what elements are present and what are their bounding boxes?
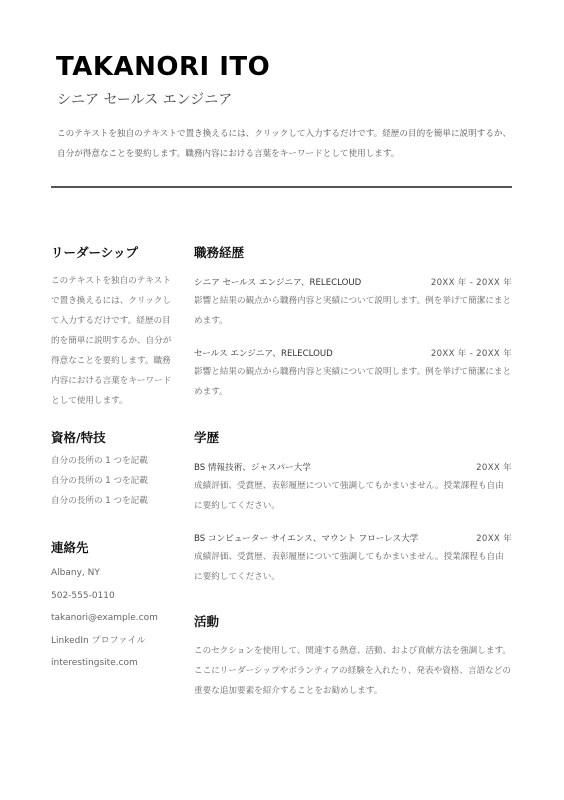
education-entry: BS コンピューター サイエンス、マウント フローレス大学 20XX 年 成績評… xyxy=(194,531,512,587)
activities-text[interactable]: このセクションを使用して、関連する熱意、活動、および貢献方法を強調します。ここに… xyxy=(194,641,512,701)
contact-heading[interactable]: 連絡先 xyxy=(51,540,176,556)
skill-item[interactable]: 自分の長所の 1 つを記載 xyxy=(51,491,176,511)
education-section: 学歴 BS 情報技術、ジャスパー大学 20XX 年 成績評価、受賞歴、表彰履歴に… xyxy=(194,430,512,587)
header-divider xyxy=(51,186,512,188)
education-date[interactable]: 20XX 年 xyxy=(476,460,512,476)
leadership-text[interactable]: このテキストを独自のテキストで置き換えるには、クリックして入力するだけです。経歴… xyxy=(51,271,176,411)
experience-entry: シニア セールス エンジニア、RELECLOUD 20XX 年 - 20XX 年… xyxy=(194,275,512,331)
intro-paragraph[interactable]: このテキストを独自のテキストで置き換えるには、クリックして入力するだけです。経歴… xyxy=(57,124,517,164)
experience-date[interactable]: 20XX 年 - 20XX 年 xyxy=(431,346,512,362)
education-desc[interactable]: 成績評価、受賞歴、表彰履歴について強調してもかまいません。授業課程も自由に要約し… xyxy=(194,547,512,587)
contact-linkedin[interactable]: LinkedIn プロファイル xyxy=(51,630,176,653)
experience-heading[interactable]: 職務経歴 xyxy=(194,245,512,261)
job-title[interactable]: シニア セールス エンジニア xyxy=(57,91,232,109)
activities-section: 活動 このセクションを使用して、関連する熱意、活動、および貢献方法を強調します。… xyxy=(194,614,512,701)
experience-section: 職務経歴 シニア セールス エンジニア、RELECLOUD 20XX 年 - 2… xyxy=(194,245,512,402)
skills-heading[interactable]: 資格/特技 xyxy=(51,430,176,446)
leadership-heading[interactable]: リーダーシップ xyxy=(51,245,176,261)
activities-heading[interactable]: 活動 xyxy=(194,614,512,630)
contact-phone[interactable]: 502-555-0110 xyxy=(51,585,176,608)
experience-title[interactable]: シニア セールス エンジニア、RELECLOUD xyxy=(194,275,361,291)
education-heading[interactable]: 学歴 xyxy=(194,430,512,446)
resume-name[interactable]: TAKANORI ITO xyxy=(56,52,270,82)
experience-entry: セールス エンジニア、RELECLOUD 20XX 年 - 20XX 年 影響と… xyxy=(194,346,512,402)
contact-email[interactable]: takanori@example.com xyxy=(51,607,176,630)
education-date[interactable]: 20XX 年 xyxy=(476,531,512,547)
experience-title[interactable]: セールス エンジニア、RELECLOUD xyxy=(194,346,333,362)
leadership-section: リーダーシップ このテキストを独自のテキストで置き換えるには、クリックして入力す… xyxy=(51,245,176,411)
education-title[interactable]: BS コンピューター サイエンス、マウント フローレス大学 xyxy=(194,531,418,547)
experience-date[interactable]: 20XX 年 - 20XX 年 xyxy=(431,275,512,291)
education-entry: BS 情報技術、ジャスパー大学 20XX 年 成績評価、受賞歴、表彰履歴について… xyxy=(194,460,512,516)
skills-section: 資格/特技 自分の長所の 1 つを記載 自分の長所の 1 つを記載 自分の長所の… xyxy=(51,430,176,511)
experience-desc[interactable]: 影響と結果の観点から職務内容と実績について説明します。例を挙げて簡潔にまとめます… xyxy=(194,362,512,402)
education-desc[interactable]: 成績評価、受賞歴、表彰履歴について強調してもかまいません。授業課程も自由に要約し… xyxy=(194,476,512,516)
contact-section: 連絡先 Albany, NY 502-555-0110 takanori@exa… xyxy=(51,540,176,675)
skill-item[interactable]: 自分の長所の 1 つを記載 xyxy=(51,451,176,471)
skill-item[interactable]: 自分の長所の 1 つを記載 xyxy=(51,471,176,491)
contact-location[interactable]: Albany, NY xyxy=(51,562,176,585)
experience-desc[interactable]: 影響と結果の観点から職務内容と実績について説明します。例を挙げて簡潔にまとめます… xyxy=(194,291,512,331)
education-title[interactable]: BS 情報技術、ジャスパー大学 xyxy=(194,460,311,476)
contact-website[interactable]: interestingsite.com xyxy=(51,652,176,675)
